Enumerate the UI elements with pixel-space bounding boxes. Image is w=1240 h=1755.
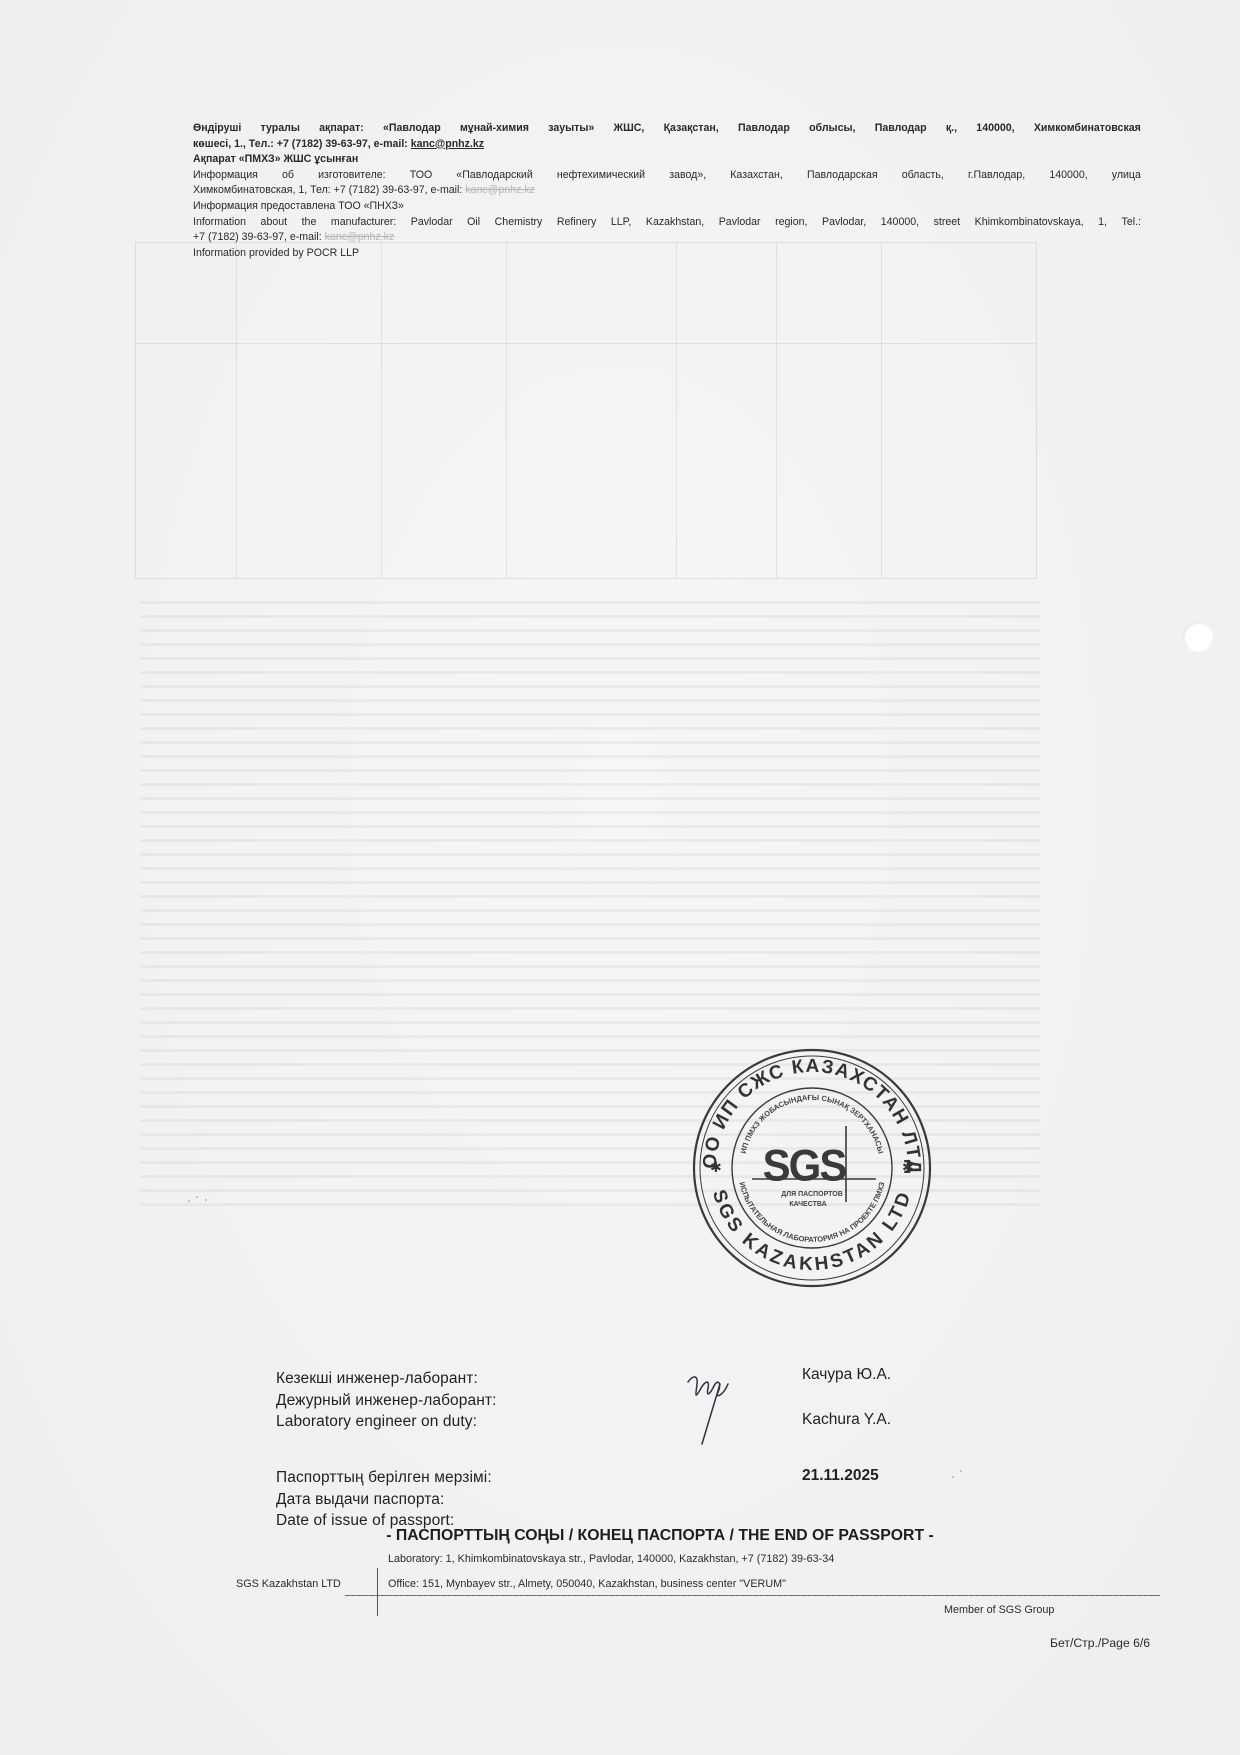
engineer-label-kz: Кезекші инженер-лаборант: [276, 1368, 497, 1390]
info-word: «Павлодар [383, 121, 441, 137]
footer-company: SGS Kazakhstan LTD [236, 1578, 341, 1590]
issue-date-labels: Паспорттың берілген мерзімі: Дата выдачи… [276, 1467, 492, 1532]
info-word: Павлодар [875, 121, 927, 137]
footer-member: Member of SGS Group [944, 1604, 1054, 1616]
svg-text:SGS: SGS [763, 1141, 847, 1190]
footer-lab-address: Laboratory: 1, Khimkombinatovskaya str.,… [388, 1553, 834, 1565]
info-word: Oil [467, 215, 480, 231]
info-word: 140000, [1049, 168, 1087, 184]
info-word: 140000, [881, 215, 919, 231]
kz-info-line1: Өндірушітуралыақпарат:«Павлодармұнай-хим… [193, 121, 1141, 137]
info-word: Өндіруші [193, 121, 241, 137]
info-word: об [282, 168, 294, 184]
info-word: street [934, 215, 961, 231]
kz-info-line2: көшесі, 1., Тел.: +7 (7182) 39-63-97, e-… [193, 137, 1141, 153]
info-word: region, [775, 215, 807, 231]
punch-hole [1183, 622, 1213, 652]
info-word: Павлодар [738, 121, 790, 137]
footer-divider-vertical [377, 1568, 378, 1616]
page-number: Бет/Стр./Page 6/6 [1050, 1636, 1150, 1650]
info-word: Tel.: [1122, 215, 1141, 231]
svg-text:✱: ✱ [710, 1159, 722, 1175]
info-word: қ., [946, 121, 957, 137]
handwritten-signature [680, 1370, 740, 1450]
en-info-line1: Informationaboutthemanufacturer:Pavlodar… [193, 215, 1141, 231]
engineer-label-en: Laboratory engineer on duty: [276, 1411, 497, 1433]
info-word: about [261, 215, 288, 231]
show-through-table [135, 242, 1037, 579]
info-word: Pavlodar [411, 215, 453, 231]
issue-date-value: 21.11.2025 [802, 1467, 879, 1485]
info-word: LLP, [611, 215, 631, 231]
info-word: улица [1112, 168, 1141, 184]
footer-office-address: Office: 151, Mynbayev str., Almety, 0500… [388, 1578, 786, 1590]
engineer-name-en: Kachura Y.A. [802, 1411, 891, 1429]
info-word: 140000, [976, 121, 1014, 137]
info-word: туралы [261, 121, 300, 137]
info-word: the [302, 215, 317, 231]
ru-provided-by: Информация предоставлена ТОО «ПНХЗ» [193, 199, 1141, 215]
svg-text:КАЧЕСТВА: КАЧЕСТВА [789, 1201, 826, 1208]
document-page: Өндірушітуралыақпарат:«Павлодармұнай-хим… [0, 0, 1240, 1755]
email-link[interactable]: kanc@pnhz.kz [411, 138, 484, 150]
info-word: Information [193, 215, 246, 231]
svg-text:ДЛЯ ПАСПОРТОВ: ДЛЯ ПАСПОРТОВ [781, 1191, 843, 1198]
info-word: ақпарат: [319, 121, 364, 137]
end-of-passport: - ПАСПОРТТЫҢ СОҢЫ / КОНЕЦ ПАСПОРТА / THE… [0, 1527, 1240, 1545]
info-word: Khimkombinatovskaya, [975, 215, 1084, 231]
info-word: изготовителе: [318, 168, 386, 184]
info-word: нефтехимический [557, 168, 645, 184]
info-word: завод», [669, 168, 706, 184]
footer-divider-horizontal [345, 1595, 1160, 1596]
info-word: облысы, [809, 121, 855, 137]
svg-text:✱: ✱ [902, 1159, 914, 1175]
info-word: ТОО [410, 168, 432, 184]
sgs-stamp: ТОО ИП СЖС КАЗАХСТАН ЛТД. SGS KAZAKHSTAN… [690, 1046, 934, 1290]
info-word: Kazakhstan, [646, 215, 704, 231]
info-word: Қазақстан, [664, 121, 719, 137]
info-word: Информация [193, 168, 258, 184]
en-info-line2: +7 (7182) 39-63-97, e-mail: kanc@pnhz.kz [193, 230, 1141, 246]
info-word: зауыты» [548, 121, 594, 137]
info-word: «Павлодарский [456, 168, 532, 184]
info-word: Павлодарская [807, 168, 878, 184]
info-word: 1, [1098, 215, 1107, 231]
info-word: Refinery [557, 215, 596, 231]
kz-provided-by: Ақпарат «ПМХЗ» ЖШС ұсынған [193, 152, 1141, 168]
engineer-name-ru: Качура Ю.А. [802, 1366, 891, 1384]
info-word: ЖШС, [614, 121, 645, 137]
info-word: Казахстан, [730, 168, 783, 184]
engineer-labels: Кезекші инженер-лаборант: Дежурный инжен… [276, 1368, 497, 1433]
info-word: Pavlodar, [822, 215, 866, 231]
info-word: область, [902, 168, 944, 184]
info-word: Химкомбинатовская [1034, 121, 1141, 137]
issue-date-label-kz: Паспорттың берілген мерзімі: [276, 1467, 492, 1489]
info-word: manufacturer: [331, 215, 396, 231]
engineer-label-ru: Дежурный инженер-лаборант: [276, 1390, 497, 1412]
email-link[interactable]: kanc@pnhz.kz [465, 184, 535, 196]
info-word: мұнай-химия [460, 121, 529, 137]
issue-date-label-ru: Дата выдачи паспорта: [276, 1489, 492, 1511]
info-word: Pavlodar [719, 215, 761, 231]
ru-info-line1: Информацияобизготовителе:ТОО«Павлодарски… [193, 168, 1141, 184]
info-word: г.Павлодар, [968, 168, 1025, 184]
manufacturer-info: Өндірушітуралыақпарат:«Павлодармұнай-хим… [193, 121, 1141, 261]
en-provided-by: Information provided by POCR LLP [193, 246, 1141, 262]
info-word: Chemistry [495, 215, 543, 231]
ru-info-line2: Химкомбинатовская, 1, Тел: +7 (7182) 39-… [193, 183, 1141, 199]
email-link[interactable]: kanc@pnhz.kz [325, 231, 395, 243]
